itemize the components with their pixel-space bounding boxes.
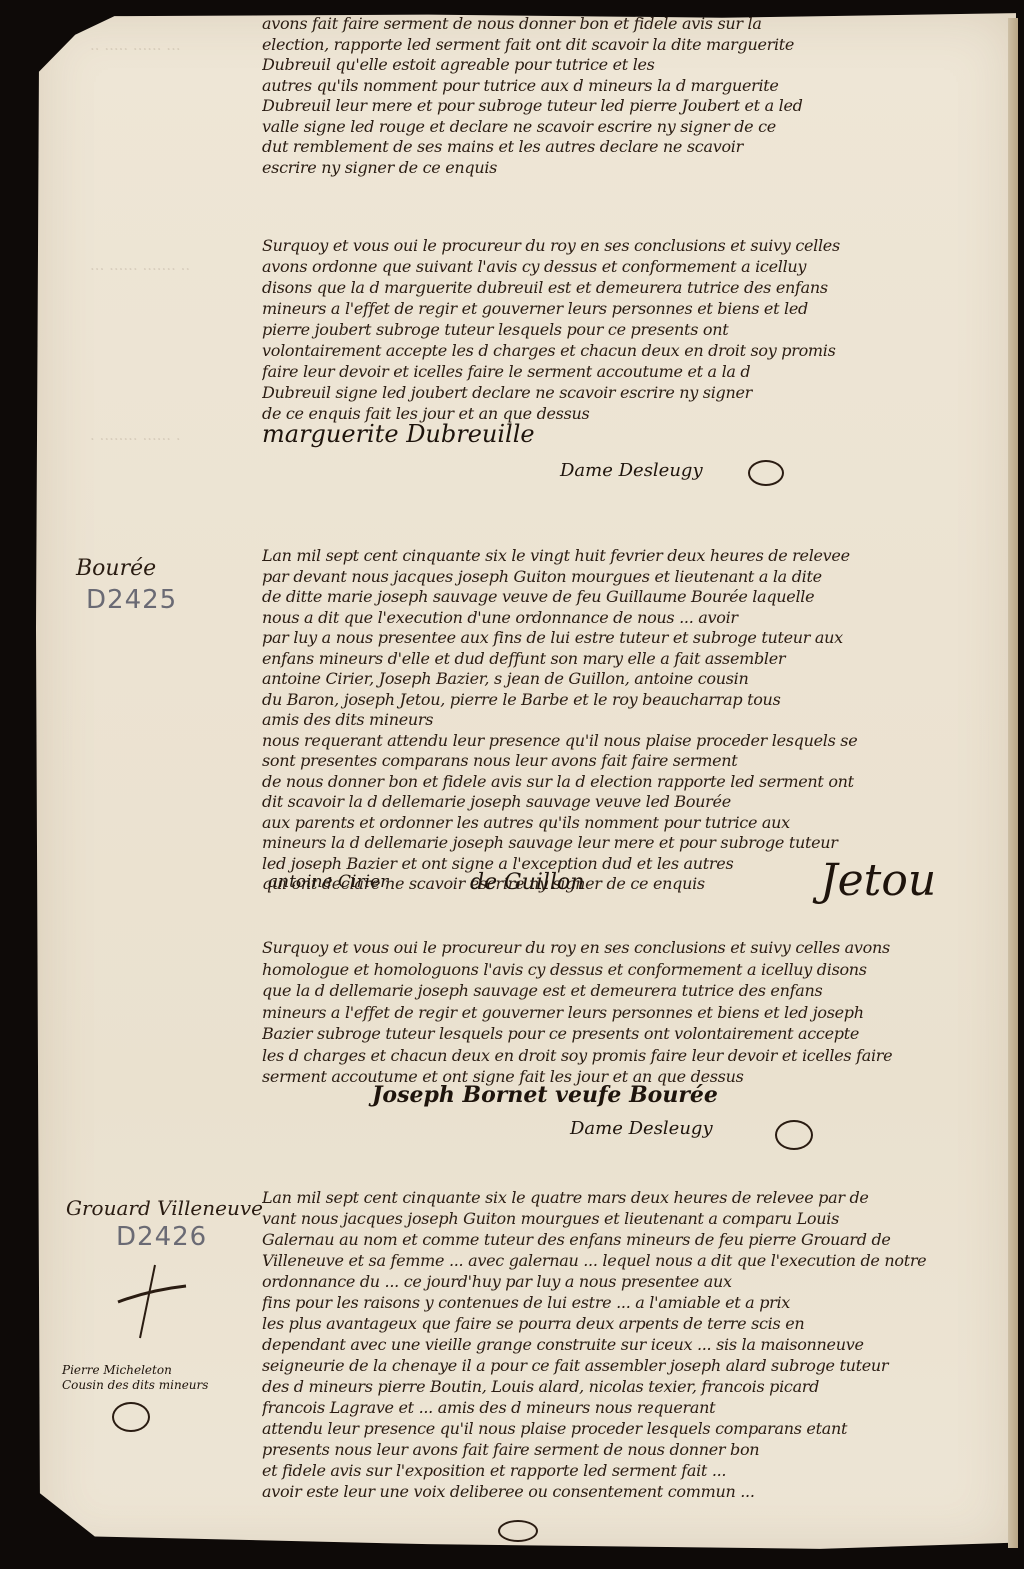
manuscript-line: Galernau au nom et comme tuteur des enfa… — [262, 1230, 962, 1249]
manuscript-line: autres qu'ils nomment pour tutrice aux d… — [262, 76, 922, 95]
catalog-number: D2426 — [116, 1222, 207, 1252]
manuscript-line: francois Lagrave et ... amis des d mineu… — [262, 1398, 962, 1417]
manuscript-line: ordonnance du ... ce jourd'huy par luy a… — [262, 1272, 962, 1291]
paraph-flourish — [775, 1120, 813, 1150]
manuscript-line: Surquoy et vous oui le procureur du roy … — [262, 938, 962, 957]
manuscript-line: du Baron, joseph Jetou, pierre le Barbe … — [262, 690, 962, 709]
manuscript-line: pierre joubert subroge tuteur lesquels p… — [262, 320, 962, 339]
manuscript-line: Dubreuil signe led joubert declare ne sc… — [262, 383, 962, 402]
manuscript-line: election, rapporte led serment fait ont … — [262, 35, 922, 54]
signature-dame-desleugy: Dame Desleugy — [570, 1118, 713, 1139]
paraph-flourish — [498, 1520, 538, 1542]
manuscript-line: mineurs la d dellemarie joseph sauvage l… — [262, 833, 962, 852]
manuscript-line: presents nous leur avons fait faire serm… — [262, 1440, 962, 1459]
manuscript-line: fins pour les raisons y contenues de lui… — [262, 1293, 962, 1312]
manuscript-line: disons que la d marguerite dubreuil est … — [262, 278, 962, 297]
cross-mark-icon — [110, 1260, 190, 1340]
signature-dame-desleugy: Dame Desleugy — [560, 460, 703, 481]
catalog-number: D2425 — [86, 585, 177, 615]
signature-de-guillon: de Guillon — [470, 870, 584, 895]
manuscript-line: de ditte marie joseph sauvage veuve de f… — [262, 587, 962, 606]
manuscript-line: escrire ny signer de ce enquis — [262, 158, 922, 177]
manuscript-line: homologue et homologuons l'avis cy dessu… — [262, 960, 962, 979]
manuscript-line: valle signe led rouge et declare ne scav… — [262, 117, 922, 136]
bleed-through-text: ·· ······· ······ ··· — [90, 260, 190, 278]
paraph-flourish — [112, 1402, 150, 1432]
paraph-flourish — [748, 460, 784, 486]
manuscript-line: Dubreuil leur mere et pour subroge tuteu… — [262, 96, 922, 115]
manuscript-line: amis des dits mineurs — [262, 710, 962, 729]
manuscript-line: Dubreuil qu'elle estoit agreable pour tu… — [262, 55, 922, 74]
manuscript-line: avons ordonne que suivant l'avis cy dess… — [262, 257, 962, 276]
manuscript-line: des d mineurs pierre Boutin, Louis alard… — [262, 1377, 962, 1396]
manuscript-line: mineurs a l'effet de regir et gouverner … — [262, 299, 962, 318]
manuscript-line: Lan mil sept cent cinquante six le vingt… — [262, 546, 962, 565]
manuscript-line: vant nous jacques joseph Guiton mourgues… — [262, 1209, 962, 1228]
manuscript-line: Lan mil sept cent cinquante six le quatr… — [262, 1188, 962, 1207]
margin-note-line: Pierre Micheleton — [62, 1363, 172, 1377]
manuscript-line: avons fait faire serment de nous donner … — [262, 14, 922, 33]
manuscript-line: faire leur devoir et icelles faire le se… — [262, 362, 962, 381]
manuscript-line: les plus avantageux que faire se pourra … — [262, 1314, 962, 1333]
manuscript-line: les d charges et chacun deux en droit so… — [262, 1046, 962, 1065]
manuscript-line: Bazier subroge tuteur lesquels pour ce p… — [262, 1024, 962, 1043]
manuscript-line: par luy a nous presentee aux fins de lui… — [262, 628, 962, 647]
manuscript-line: attendu leur presence qu'il nous plaise … — [262, 1419, 962, 1438]
signature-jetou: Jetou — [820, 855, 936, 906]
manuscript-line: avoir este leur une voix deliberee ou co… — [262, 1482, 962, 1501]
manuscript-line: Villeneuve et sa femme ... avec galernau… — [262, 1251, 962, 1270]
bleed-through-text: · ······ ········ · — [90, 430, 181, 448]
manuscript-line: Surquoy et vous oui le procureur du roy … — [262, 236, 962, 255]
manuscript-line: par devant nous jacques joseph Guiton mo… — [262, 567, 962, 586]
manuscript-line: sont presentes comparans nous leur avons… — [262, 751, 962, 770]
manuscript-line: nous a dit que l'execution d'une ordonna… — [262, 608, 962, 627]
manuscript-line: mineurs a l'effet de regir et gouverner … — [262, 1003, 962, 1022]
manuscript-line: aux parents et ordonner les autres qu'il… — [262, 813, 962, 832]
signature-antoine-cirier: antoine Cirier — [268, 872, 388, 892]
manuscript-line: nous requerant attendu leur presence qu'… — [262, 731, 962, 750]
manuscript-line: dependant avec une vieille grange constr… — [262, 1335, 962, 1354]
manuscript-line: enfans mineurs d'elle et dud deffunt son… — [262, 649, 962, 668]
manuscript-line: volontairement accepte les d charges et … — [262, 341, 962, 360]
manuscript-line: que la d dellemarie joseph sauvage est e… — [262, 981, 962, 1000]
manuscript-line: dut remblement de ses mains et les autre… — [262, 137, 922, 156]
margin-name-bouree: Bourée — [76, 556, 156, 581]
manuscript-line: dit scavoir la d dellemarie joseph sauva… — [262, 792, 962, 811]
signature-joseph-bornet: Joseph Bornet veufe Bourée — [372, 1082, 718, 1108]
signature-marguerite-dubreuille: marguerite Dubreuille — [262, 420, 535, 448]
margin-name-grouard-villeneuve: Grouard Villeneuve — [66, 1196, 263, 1220]
manuscript-line: seigneurie de la chenaye il a pour ce fa… — [262, 1356, 962, 1375]
bleed-through-text: ··· ······ ····· ·· — [90, 40, 181, 58]
manuscript-line: et fidele avis sur l'exposition et rappo… — [262, 1461, 962, 1480]
page-edge — [1008, 18, 1018, 1548]
manuscript-line: de nous donner bon et fidele avis sur la… — [262, 772, 962, 791]
margin-note-line: Cousin des dits mineurs — [62, 1378, 208, 1392]
manuscript-line: antoine Cirier, Joseph Bazier, s jean de… — [262, 669, 962, 688]
